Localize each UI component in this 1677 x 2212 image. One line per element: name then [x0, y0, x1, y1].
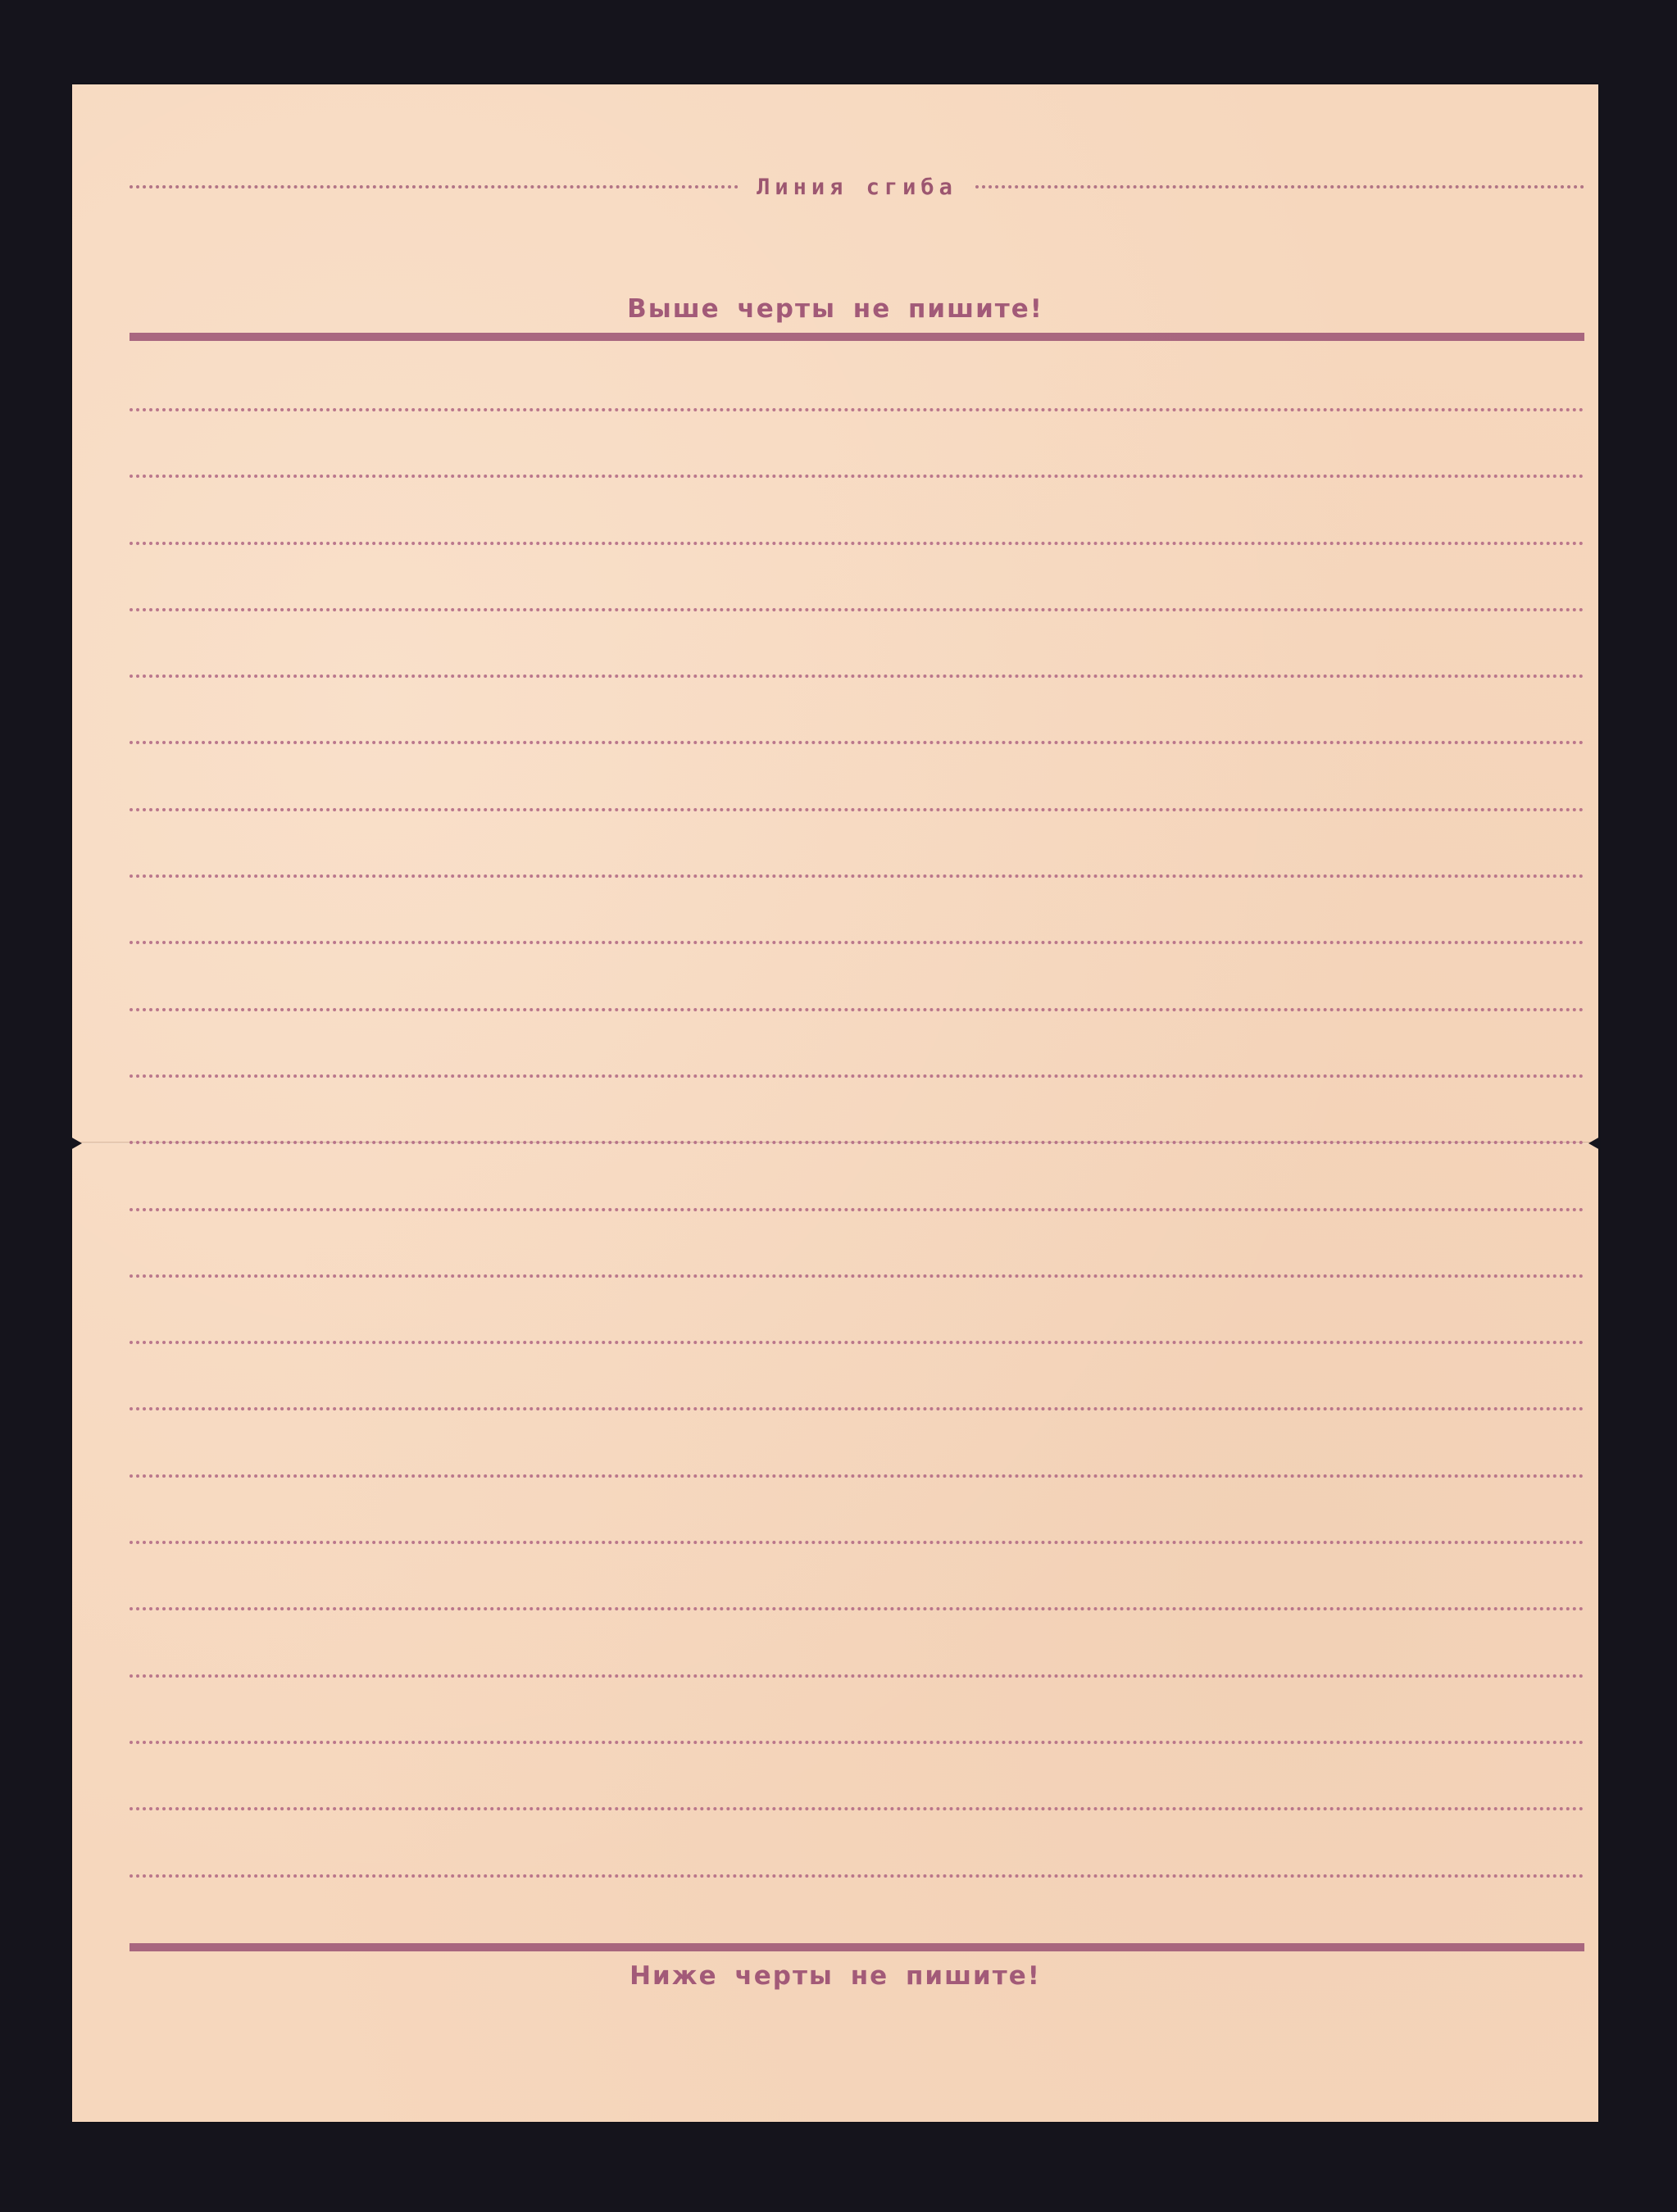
writing-line — [130, 608, 1584, 611]
writing-line — [130, 1807, 1584, 1810]
fold-notch-left — [70, 1137, 82, 1150]
writing-line — [130, 1008, 1584, 1011]
writing-line — [130, 675, 1584, 678]
warning-bottom-text: Ниже черты не пишите! — [72, 1961, 1598, 1991]
writing-line — [130, 542, 1584, 545]
writing-line — [130, 475, 1584, 478]
writing-line — [130, 874, 1584, 878]
writing-line — [130, 1141, 1584, 1144]
writing-line — [130, 1208, 1584, 1211]
fold-notch-right — [1588, 1137, 1600, 1150]
writing-line — [130, 1741, 1584, 1744]
writing-line — [130, 1074, 1584, 1078]
writing-line — [130, 1274, 1584, 1278]
writing-line — [130, 808, 1584, 811]
top-boundary-line — [130, 333, 1584, 341]
fold-line-dots-right — [975, 185, 1584, 188]
fold-line: Линия сгиба — [130, 177, 1584, 197]
writing-line — [130, 1407, 1584, 1410]
writing-area[interactable] — [130, 408, 1584, 1941]
fold-line-dots-left — [130, 185, 739, 188]
bottom-boundary-line — [130, 1943, 1584, 1951]
writing-line — [130, 941, 1584, 944]
warning-top-text: Выше черты не пишите! — [72, 294, 1598, 324]
writing-line — [130, 1541, 1584, 1544]
writing-line — [130, 741, 1584, 744]
writing-line — [130, 1607, 1584, 1610]
writing-line — [130, 408, 1584, 411]
letter-sheet: Линия сгиба Выше черты не пишите! Ниже ч… — [72, 84, 1598, 2122]
writing-line — [130, 1341, 1584, 1344]
writing-line — [130, 1674, 1584, 1678]
fold-line-label: Линия сгиба — [739, 175, 975, 200]
writing-line — [130, 1474, 1584, 1478]
writing-line — [130, 1874, 1584, 1878]
